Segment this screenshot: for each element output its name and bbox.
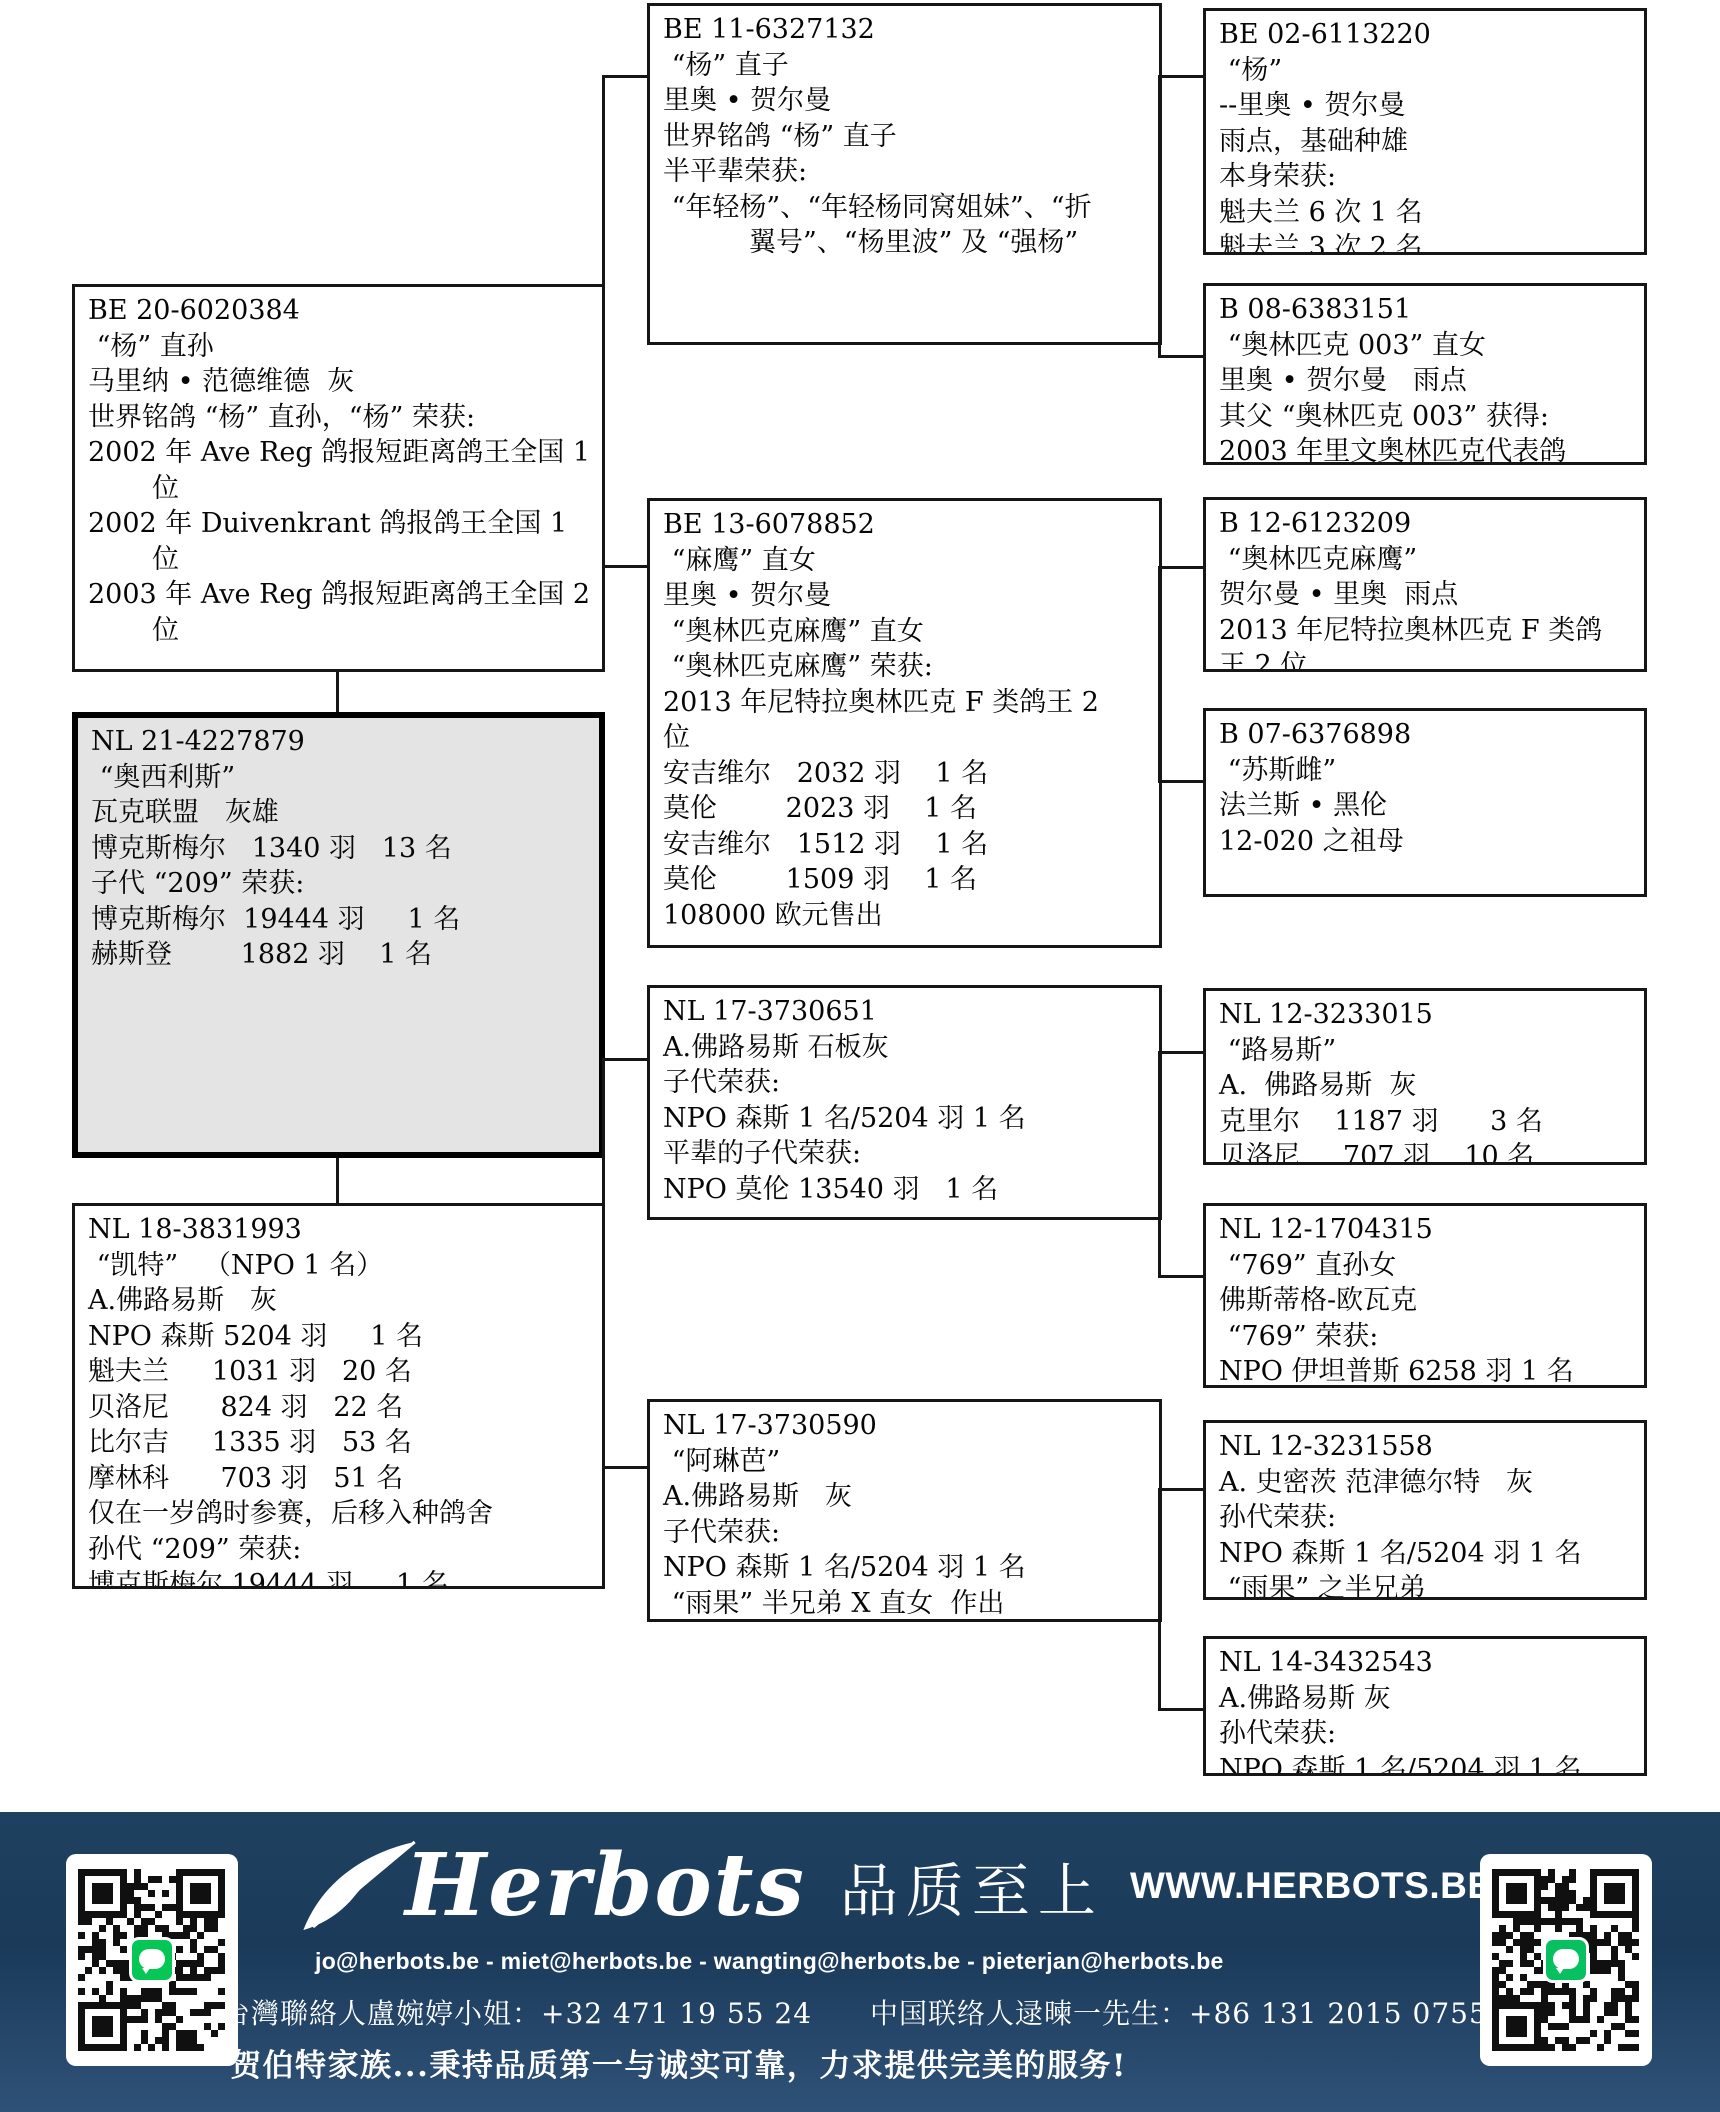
- qr-module: [141, 1904, 148, 1911]
- qr-module: [99, 2023, 106, 2030]
- qr-module: [99, 1925, 106, 1932]
- connector-line: [1158, 355, 1203, 358]
- pedigree-line: “769” 直孙女: [1219, 1248, 1634, 1284]
- qr-module: [141, 1988, 148, 1995]
- contact-phones: 台灣聯絡人盧婉婷小姐：+32 471 19 55 24 中国联络人逯暕一先生：+…: [222, 1992, 1488, 2032]
- pedigree-line: 子代 “209” 荣获:: [91, 866, 589, 902]
- pedigree-line: NPO 森斯 1 名/5204 羽 1 名: [1219, 1752, 1634, 1777]
- connector-line: [336, 672, 339, 712]
- qr-module: [1506, 1890, 1513, 1897]
- qr-module: [1520, 1911, 1527, 1918]
- qr-module: [204, 2023, 211, 2030]
- qr-module: [176, 1911, 183, 1918]
- qr-module: [1534, 2030, 1541, 2037]
- qr-module: [1590, 1869, 1597, 1876]
- qr-module: [190, 1911, 197, 1918]
- qr-module: [1618, 1974, 1625, 1981]
- connector-line: [1158, 1488, 1203, 1491]
- pedigree-line: 位: [663, 720, 1149, 756]
- pedigree-line: 博克斯梅尔 19444 羽 1 名: [88, 1567, 592, 1589]
- qr-module: [1604, 1890, 1611, 1897]
- qr-module: [211, 1925, 218, 1932]
- qr-module: [120, 1932, 127, 1939]
- pedigree-line: NPO 伊坦普斯 6258 羽 1 名: [1219, 1354, 1634, 1388]
- pedigree-line: 2002 年 Duivenkrant 鸽报鸽王全国 1: [88, 506, 592, 542]
- qr-module: [1513, 1890, 1520, 1897]
- qr-module: [1569, 1876, 1576, 1883]
- qr-module: [218, 1869, 225, 1876]
- qr-module: [120, 1897, 127, 1904]
- connector-line: [602, 1466, 647, 1469]
- qr-module: [1548, 1869, 1555, 1876]
- qr-module: [190, 1869, 197, 1876]
- qr-module: [85, 1918, 92, 1925]
- qr-module: [1569, 1988, 1576, 1995]
- qr-module: [1520, 1932, 1527, 1939]
- feather-icon: [291, 1838, 427, 1935]
- pedigree-box-greatgrandparent-1: BE 02-6113220 “杨”--里奥 • 贺尔曼雨点，基础种雄本身荣获:魁…: [1203, 8, 1647, 255]
- qr-module: [106, 2002, 113, 2009]
- qr-module: [1590, 1995, 1597, 2002]
- qr-module: [1534, 2037, 1541, 2044]
- qr-module: [1520, 1890, 1527, 1897]
- qr-module: [148, 1890, 155, 1897]
- qr-module: [204, 1918, 211, 1925]
- qr-module: [1611, 1953, 1618, 1960]
- qr-module: [106, 1897, 113, 1904]
- qr-module: [1590, 1932, 1597, 1939]
- qr-module: [106, 1869, 113, 1876]
- qr-module: [197, 1974, 204, 1981]
- qr-module: [1632, 1918, 1639, 1925]
- qr-module: [134, 1883, 141, 1890]
- qr-module: [1590, 1883, 1597, 1890]
- qr-module: [1632, 1904, 1639, 1911]
- qr-module: [92, 2044, 99, 2051]
- qr-module: [1548, 1897, 1555, 1904]
- qr-module: [1506, 1869, 1513, 1876]
- qr-module: [85, 1946, 92, 1953]
- qr-module: [162, 2030, 169, 2037]
- qr-module: [1492, 1883, 1499, 1890]
- qr-module: [1492, 1911, 1499, 1918]
- qr-module: [120, 1967, 127, 1974]
- qr-module: [92, 1946, 99, 1953]
- qr-module: [1632, 1995, 1639, 2002]
- qr-module: [1520, 1918, 1527, 1925]
- pedigree-line: 孙代 “209” 荣获:: [88, 1532, 592, 1568]
- qr-module: [1583, 2037, 1590, 2044]
- qr-module: [120, 1904, 127, 1911]
- qr-module: [134, 1869, 141, 1876]
- qr-module: [106, 2016, 113, 2023]
- qr-module: [190, 1967, 197, 1974]
- qr-module: [1632, 1897, 1639, 1904]
- pedigree-line: 位: [88, 542, 592, 578]
- qr-module: [148, 1988, 155, 1995]
- qr-module: [162, 1925, 169, 1932]
- qr-module: [183, 2037, 190, 2044]
- qr-module: [197, 1890, 204, 1897]
- qr-module: [197, 2044, 204, 2051]
- qr-module: [1590, 1904, 1597, 1911]
- qr-module: [155, 1911, 162, 1918]
- qr-module: [92, 1883, 99, 1890]
- qr-module: [92, 1932, 99, 1939]
- qr-module: [78, 1932, 85, 1939]
- qr-module: [1569, 2016, 1576, 2023]
- pedigree-line: “奥林匹克 003” 直女: [1219, 328, 1634, 364]
- pedigree-line: NPO 森斯 5204 羽 1 名: [88, 1319, 592, 1355]
- qr-module: [92, 1869, 99, 1876]
- qr-module: [190, 1960, 197, 1967]
- qr-module: [113, 1869, 120, 1876]
- qr-module: [176, 1883, 183, 1890]
- qr-module: [1625, 1946, 1632, 1953]
- qr-module: [1499, 1925, 1506, 1932]
- qr-module: [78, 1946, 85, 1953]
- qr-module: [1541, 1876, 1548, 1883]
- pedigree-box-greatgrandparent-7: NL 12-3231558A. 史密茨 范津德尔特 灰孙代荣获:NPO 森斯 1…: [1203, 1420, 1647, 1600]
- qr-module: [1618, 2044, 1625, 2051]
- pedigree-line: A.佛路易斯 灰: [88, 1283, 592, 1319]
- pedigree-line: B 12-6123209: [1219, 506, 1634, 542]
- qr-module: [85, 2044, 92, 2051]
- qr-module: [106, 1890, 113, 1897]
- qr-module: [106, 1918, 113, 1925]
- qr-module: [204, 2002, 211, 2009]
- pedigree-line: “路易斯”: [1219, 1033, 1634, 1069]
- qr-module: [1534, 1939, 1541, 1946]
- qr-module: [1583, 2002, 1590, 2009]
- pedigree-line: 魁夫兰 1031 羽 20 名: [88, 1354, 592, 1390]
- pedigree-line: “杨”: [1219, 53, 1634, 89]
- qr-module: [1562, 2037, 1569, 2044]
- pedigree-line: 孙代荣获:: [1219, 1716, 1634, 1752]
- qr-module: [113, 1925, 120, 1932]
- qr-module: [1534, 1925, 1541, 1932]
- qr-module: [134, 1995, 141, 2002]
- qr-module: [1513, 1939, 1520, 1946]
- pedigree-box-subject: NL 21-4227879 “奥西利斯”瓦克联盟 灰雄博克斯梅尔 1340 羽 …: [72, 712, 605, 1158]
- qr-module: [1569, 1918, 1576, 1925]
- qr-module: [92, 2023, 99, 2030]
- qr-module: [85, 1967, 92, 1974]
- pedigree-line: 安吉维尔 1512 羽 1 名: [663, 827, 1149, 863]
- qr-module: [183, 2044, 190, 2051]
- qr-module: [120, 1876, 127, 1883]
- connector-line: [602, 565, 647, 568]
- qr-module: [1541, 1995, 1548, 2002]
- qr-module: [1520, 1946, 1527, 1953]
- qr-module: [1527, 1988, 1534, 1995]
- qr-module: [1541, 1981, 1548, 1988]
- qr-module: [120, 2037, 127, 2044]
- pedigree-line: 比尔吉 1335 羽 53 名: [88, 1425, 592, 1461]
- qr-module: [1632, 1939, 1639, 1946]
- qr-module: [78, 1953, 85, 1960]
- qr-module: [78, 1890, 85, 1897]
- qr-module: [1492, 1869, 1499, 1876]
- qr-module: [1625, 2002, 1632, 2009]
- qr-module: [1520, 1974, 1527, 1981]
- qr-module: [148, 1995, 155, 2002]
- qr-module: [1555, 2023, 1562, 2030]
- qr-module: [141, 2009, 148, 2016]
- qr-module: [1583, 2009, 1590, 2016]
- qr-module: [113, 1932, 120, 1939]
- qr-module: [99, 2044, 106, 2051]
- qr-module: [190, 1890, 197, 1897]
- qr-module: [1513, 2023, 1520, 2030]
- qr-module: [120, 1960, 127, 1967]
- qr-module: [120, 1890, 127, 1897]
- pedigree-box-greatgrandparent-6: NL 12-1704315 “769” 直孙女佛斯蒂格-欧瓦克 “769” 荣获…: [1203, 1203, 1647, 1388]
- qr-module: [1527, 1918, 1534, 1925]
- connector-line: [602, 1058, 605, 1469]
- pedigree-line: 贝洛尼 707 羽 10 名: [1219, 1139, 1634, 1165]
- qr-module: [1534, 2023, 1541, 2030]
- qr-module: [204, 1897, 211, 1904]
- qr-module: [218, 1876, 225, 1883]
- pedigree-line: NPO 莫伦 13540 羽 1 名: [663, 1172, 1149, 1208]
- pedigree-line: 贺尔曼 • 里奥 雨点: [1219, 577, 1634, 613]
- qr-module: [1625, 1932, 1632, 1939]
- qr-module: [1555, 2037, 1562, 2044]
- qr-module: [1562, 1883, 1569, 1890]
- qr-module: [169, 2002, 176, 2009]
- qr-module: [190, 1939, 197, 1946]
- qr-module: [106, 2030, 113, 2037]
- qr-module: [1576, 1925, 1583, 1932]
- qr-module: [1611, 1869, 1618, 1876]
- qr-module: [1534, 2002, 1541, 2009]
- qr-module: [155, 1925, 162, 1932]
- qr-module: [176, 1904, 183, 1911]
- qr-module: [1541, 1897, 1548, 1904]
- qr-module: [1506, 1974, 1513, 1981]
- pedigree-line: --里奥 • 贺尔曼: [1219, 88, 1634, 124]
- pedigree-line: 108000 欧元售出: [663, 898, 1149, 934]
- qr-module: [1583, 2016, 1590, 2023]
- qr-module: [204, 1925, 211, 1932]
- qr-module: [78, 2002, 85, 2009]
- qr-module: [190, 1988, 197, 1995]
- qr-module: [169, 1981, 176, 1988]
- qr-module: [1527, 1939, 1534, 1946]
- qr-module: [1604, 1960, 1611, 1967]
- qr-module: [1548, 2023, 1555, 2030]
- qr-module: [162, 2044, 169, 2051]
- pedigree-line: BE 20-6020384: [88, 293, 592, 329]
- qr-module: [1625, 1869, 1632, 1876]
- qr-module: [1632, 1890, 1639, 1897]
- qr-module: [1513, 2016, 1520, 2023]
- qr-module: [1604, 1897, 1611, 1904]
- qr-module: [1597, 2044, 1604, 2051]
- qr-module: [176, 1890, 183, 1897]
- pedigree-line: NPO 森斯 1 名/5204 羽 1 名: [1219, 1536, 1634, 1572]
- qr-module: [1632, 1981, 1639, 1988]
- pedigree-line: “雨果” 之半兄弟: [1219, 1571, 1634, 1600]
- qr-module: [78, 1911, 85, 1918]
- pedigree-line: 翼号”、“杨里波” 及 “强杨”: [663, 225, 1149, 261]
- qr-module: [1492, 1981, 1499, 1988]
- qr-module: [197, 1932, 204, 1939]
- qr-module: [1611, 1883, 1618, 1890]
- qr-module: [176, 1897, 183, 1904]
- qr-module: [1632, 2044, 1639, 2051]
- qr-module: [1611, 1960, 1618, 1967]
- qr-module: [218, 1953, 225, 1960]
- qr-module: [1513, 1897, 1520, 1904]
- qr-module: [113, 2044, 120, 2051]
- pedigree-line: 子代荣获:: [663, 1515, 1149, 1551]
- qr-module: [134, 1904, 141, 1911]
- pedigree-box-greatgrandparent-5: NL 12-3233015 “路易斯”A. 佛路易斯 灰克里尔 1187 羽 3…: [1203, 988, 1647, 1165]
- qr-module: [211, 2002, 218, 2009]
- qr-module: [1499, 2044, 1506, 2051]
- qr-module: [1569, 1869, 1576, 1876]
- pedigree-box-dam: NL 18-3831993 “凯特” （NPO 1 名）A.佛路易斯 灰NPO …: [72, 1203, 605, 1589]
- qr-module: [78, 1897, 85, 1904]
- qr-module: [1506, 1988, 1513, 1995]
- qr-module: [1555, 1897, 1562, 1904]
- qr-module: [92, 2016, 99, 2023]
- pedigree-line: “奥林匹克麻鹰” 荣获:: [663, 649, 1149, 685]
- qr-module: [127, 1918, 134, 1925]
- qr-module: [211, 1967, 218, 1974]
- qr-module: [197, 2009, 204, 2016]
- qr-module: [1597, 2016, 1604, 2023]
- qr-module: [148, 1876, 155, 1883]
- qr-module: [78, 1988, 85, 1995]
- qr-module: [1499, 1932, 1506, 1939]
- qr-module: [78, 2009, 85, 2016]
- qr-module: [1562, 2002, 1569, 2009]
- qr-module: [1492, 1939, 1499, 1946]
- qr-module: [1506, 1960, 1513, 1967]
- qr-module: [99, 1911, 106, 1918]
- qr-module: [218, 1967, 225, 1974]
- chat-bubble-icon: [1553, 1949, 1579, 1969]
- qr-module: [1618, 1995, 1625, 2002]
- qr-module: [120, 2002, 127, 2009]
- pedigree-line: 魁夫兰 6 次 1 名: [1219, 195, 1634, 231]
- qr-module: [218, 1904, 225, 1911]
- qr-module: [1618, 1890, 1625, 1897]
- qr-module: [1569, 2002, 1576, 2009]
- qr-module: [113, 1939, 120, 1946]
- qr-module: [162, 2023, 169, 2030]
- pedigree-line: “麻鹰” 直女: [663, 543, 1149, 579]
- qr-module: [106, 1883, 113, 1890]
- qr-module: [1576, 1904, 1583, 1911]
- qr-module: [78, 1918, 85, 1925]
- qr-module: [1618, 1932, 1625, 1939]
- qr-module: [1590, 1911, 1597, 1918]
- qr-module: [1527, 1981, 1534, 1988]
- connector-line: [1158, 566, 1203, 569]
- qr-module: [1597, 1869, 1604, 1876]
- qr-module: [162, 2002, 169, 2009]
- qr-module: [218, 1890, 225, 1897]
- qr-module: [148, 1904, 155, 1911]
- qr-module: [1520, 1960, 1527, 1967]
- qr-module: [1548, 1918, 1555, 1925]
- qr-module: [1548, 2009, 1555, 2016]
- qr-module: [1597, 1939, 1604, 1946]
- pedigree-line: NL 12-3231558: [1219, 1429, 1634, 1465]
- qr-module: [106, 1960, 113, 1967]
- footer-slogan: 贺伯特家族...秉持品质第一与诚实可靠，力求提供完美的服务!: [230, 2040, 1127, 2085]
- qr-module: [176, 2030, 183, 2037]
- qr-module: [204, 1974, 211, 1981]
- qr-module: [211, 1918, 218, 1925]
- qr-module: [134, 2044, 141, 2051]
- qr-module: [190, 2037, 197, 2044]
- qr-module: [183, 1974, 190, 1981]
- qr-module: [190, 2009, 197, 2016]
- qr-module: [1590, 1925, 1597, 1932]
- pedigree-line: 2003 年里文奥林匹克代表鸽: [1219, 434, 1634, 465]
- pedigree-line: 安吉维尔 2032 羽 1 名: [663, 756, 1149, 792]
- qr-module: [1492, 1967, 1499, 1974]
- qr-module: [127, 1897, 134, 1904]
- qr-module: [78, 1876, 85, 1883]
- pedigree-line: A. 佛路易斯 灰: [1219, 1068, 1634, 1104]
- qr-module: [141, 1925, 148, 1932]
- qr-module: [141, 1995, 148, 2002]
- qr-module: [1632, 1988, 1639, 1995]
- qr-module: [120, 1974, 127, 1981]
- qr-module: [1604, 1932, 1611, 1939]
- qr-module: [162, 1890, 169, 1897]
- qr-module: [190, 1897, 197, 1904]
- qr-module: [1611, 1995, 1618, 2002]
- qr-module: [1632, 1883, 1639, 1890]
- qr-module: [1632, 2030, 1639, 2037]
- qr-module: [1520, 1869, 1527, 1876]
- qr-module: [106, 2023, 113, 2030]
- qr-module: [1541, 2002, 1548, 2009]
- qr-module: [1541, 1883, 1548, 1890]
- qr-module: [1541, 2009, 1548, 2016]
- qr-module: [176, 1946, 183, 1953]
- qr-module: [1513, 1911, 1520, 1918]
- qr-module: [1562, 2023, 1569, 2030]
- connector-line: [1158, 780, 1203, 783]
- qr-module: [1506, 2030, 1513, 2037]
- pedigree-line: “奥林匹克麻鹰” 直女: [663, 614, 1149, 650]
- brand-tagline: 品质至上: [840, 1844, 1104, 1928]
- qr-module: [1590, 1967, 1597, 1974]
- qr-module: [1548, 1876, 1555, 1883]
- qr-module: [1625, 1911, 1632, 1918]
- qr-module: [1534, 1869, 1541, 1876]
- qr-module: [92, 1988, 99, 1995]
- qr-module: [1527, 1869, 1534, 1876]
- pedigree-line: NPO 森斯 1 名/5204 羽 1 名: [663, 1550, 1149, 1586]
- wechat-chat-icon: [1543, 1937, 1589, 1983]
- qr-module: [1590, 1960, 1597, 1967]
- qr-module: [92, 1897, 99, 1904]
- qr-module: [1534, 1890, 1541, 1897]
- pedigree-line: 本身荣获:: [1219, 159, 1634, 195]
- qr-module: [1527, 1946, 1534, 1953]
- pedigree-line: 马里纳 • 范德维德 灰: [88, 364, 592, 400]
- qr-code-right: [1480, 1854, 1652, 2066]
